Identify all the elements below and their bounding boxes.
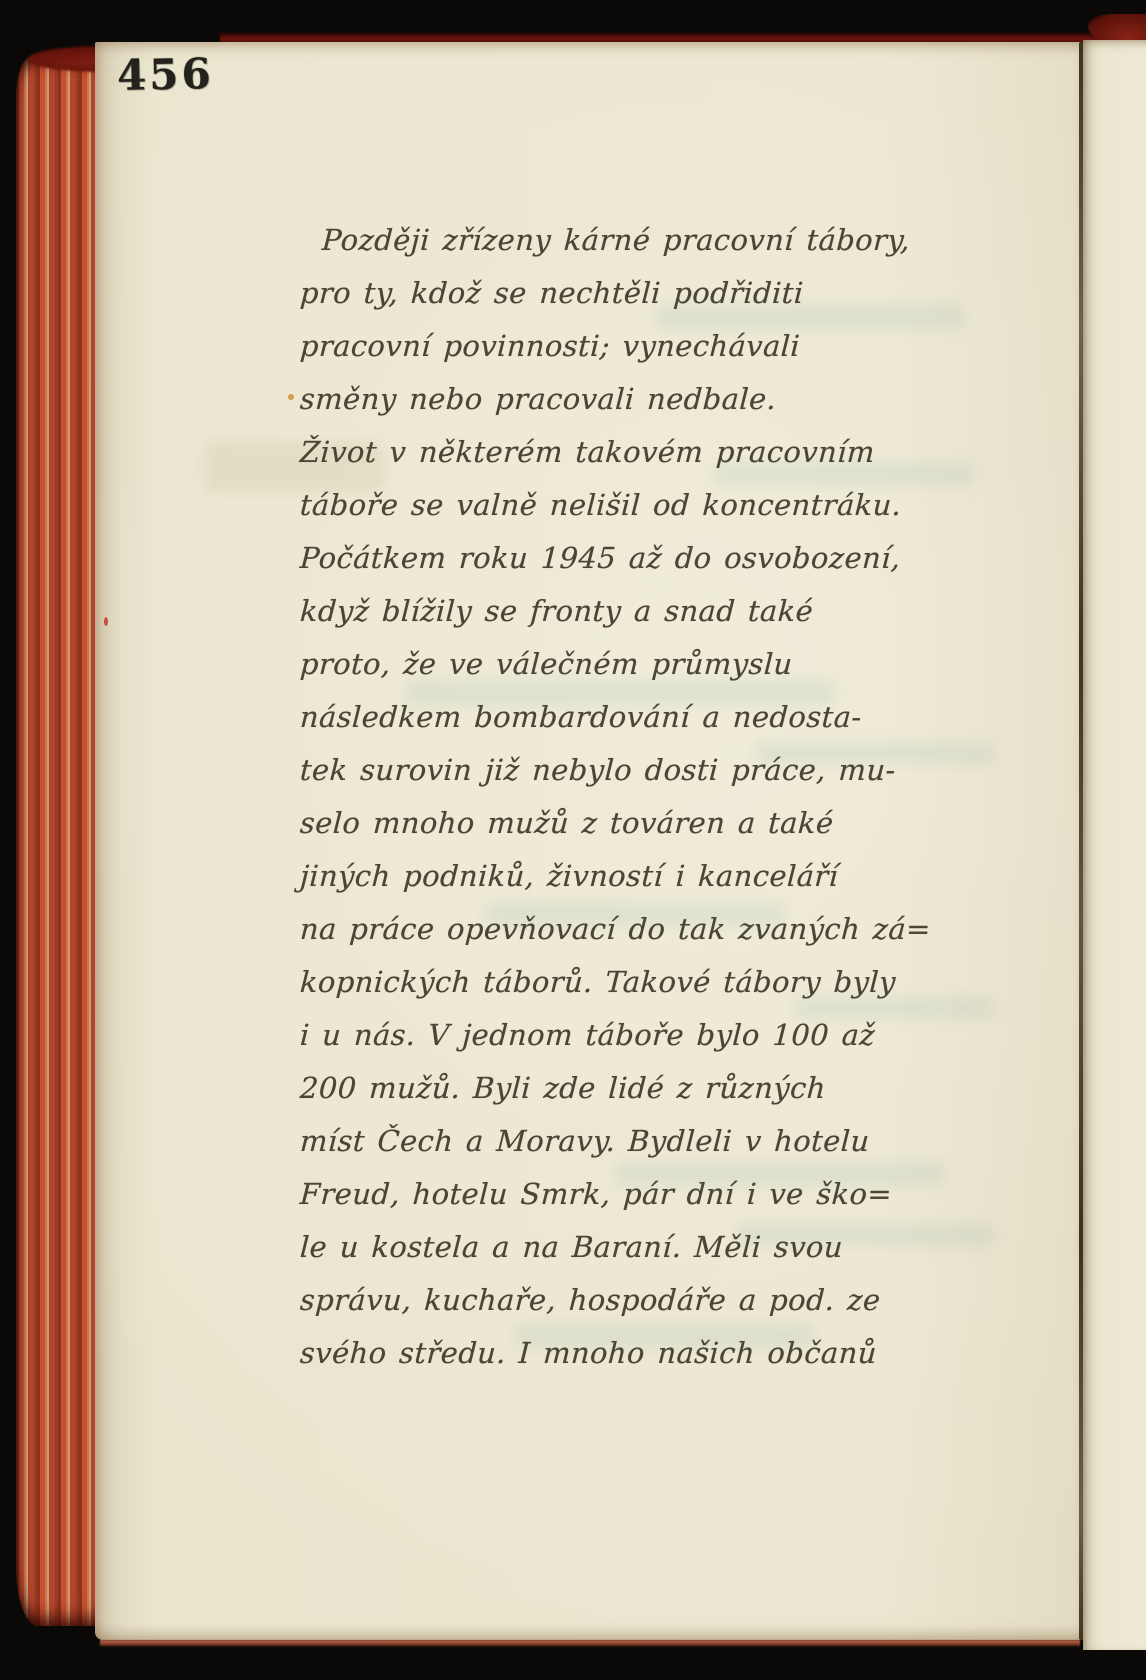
handwriting-line: svého středu. I mnoho našich občanů — [299, 1327, 962, 1380]
handwriting-line: proto, že ve válečném průmyslu — [299, 638, 962, 691]
handwriting-line: Život v některém takovém pracovním — [299, 426, 962, 479]
handwriting-line: pro ty, kdož se nechtěli podřiditi — [299, 267, 962, 320]
handwriting-line: na práce opevňovací do tak zvaných zá= — [299, 903, 962, 956]
book-scan-photo: { "document": { "type": "handwritten-chr… — [0, 0, 1146, 1680]
page-number: 456 — [116, 49, 214, 100]
handwriting-line: pracovní povinnosti; vynechávali — [299, 320, 962, 373]
handwriting-line: 200 mužů. Byli zde lidé z různých — [299, 1062, 962, 1115]
handwriting-line: Počátkem roku 1945 až do osvobození, — [299, 532, 962, 585]
handwriting-line: směny nebo pracovali nedbale. — [299, 373, 962, 426]
book-fore-edge-red-pages — [16, 58, 102, 1626]
paper-speck — [288, 394, 294, 400]
handwriting-line: když blížily se fronty a snad také — [299, 585, 962, 638]
page-bottom-dyed-edge — [100, 1640, 1080, 1647]
handwriting-line: tek surovin již nebylo dosti práce, mu- — [299, 744, 962, 797]
handwriting-line: kopnických táborů. Takové tábory byly — [299, 956, 962, 1009]
handwriting-line: míst Čech a Moravy. Bydleli v hotelu — [299, 1115, 962, 1168]
handwriting-line: správu, kuchaře, hospodáře a pod. ze — [299, 1274, 962, 1327]
handwriting-line: le u kostela a na Baraní. Měli svou — [299, 1221, 962, 1274]
handwriting-line: jiných podniků, živností i kanceláří — [299, 850, 962, 903]
handwriting-line: následkem bombardování a nedosta- — [299, 691, 962, 744]
paper-speck — [104, 617, 108, 626]
handwriting-line: i u nás. V jednom táboře bylo 100 až — [299, 1009, 962, 1062]
handwriting-line: Později zřízeny kárné pracovní tábory, — [299, 214, 962, 267]
handwriting-line: selo mnoho mužů z továren a také — [299, 797, 962, 850]
facing-page-sliver — [1083, 40, 1146, 1650]
handwriting-block: Později zřízeny kárné pracovní tábory,pr… — [300, 214, 960, 1380]
handwriting-line: táboře se valně nelišil od koncentráku. — [299, 479, 962, 532]
chronicle-page: 456 Později zřízeny kárné pracovní tábor… — [95, 42, 1081, 1640]
handwriting-line: Freud, hotelu Smrk, pár dní i ve ško= — [299, 1168, 962, 1221]
